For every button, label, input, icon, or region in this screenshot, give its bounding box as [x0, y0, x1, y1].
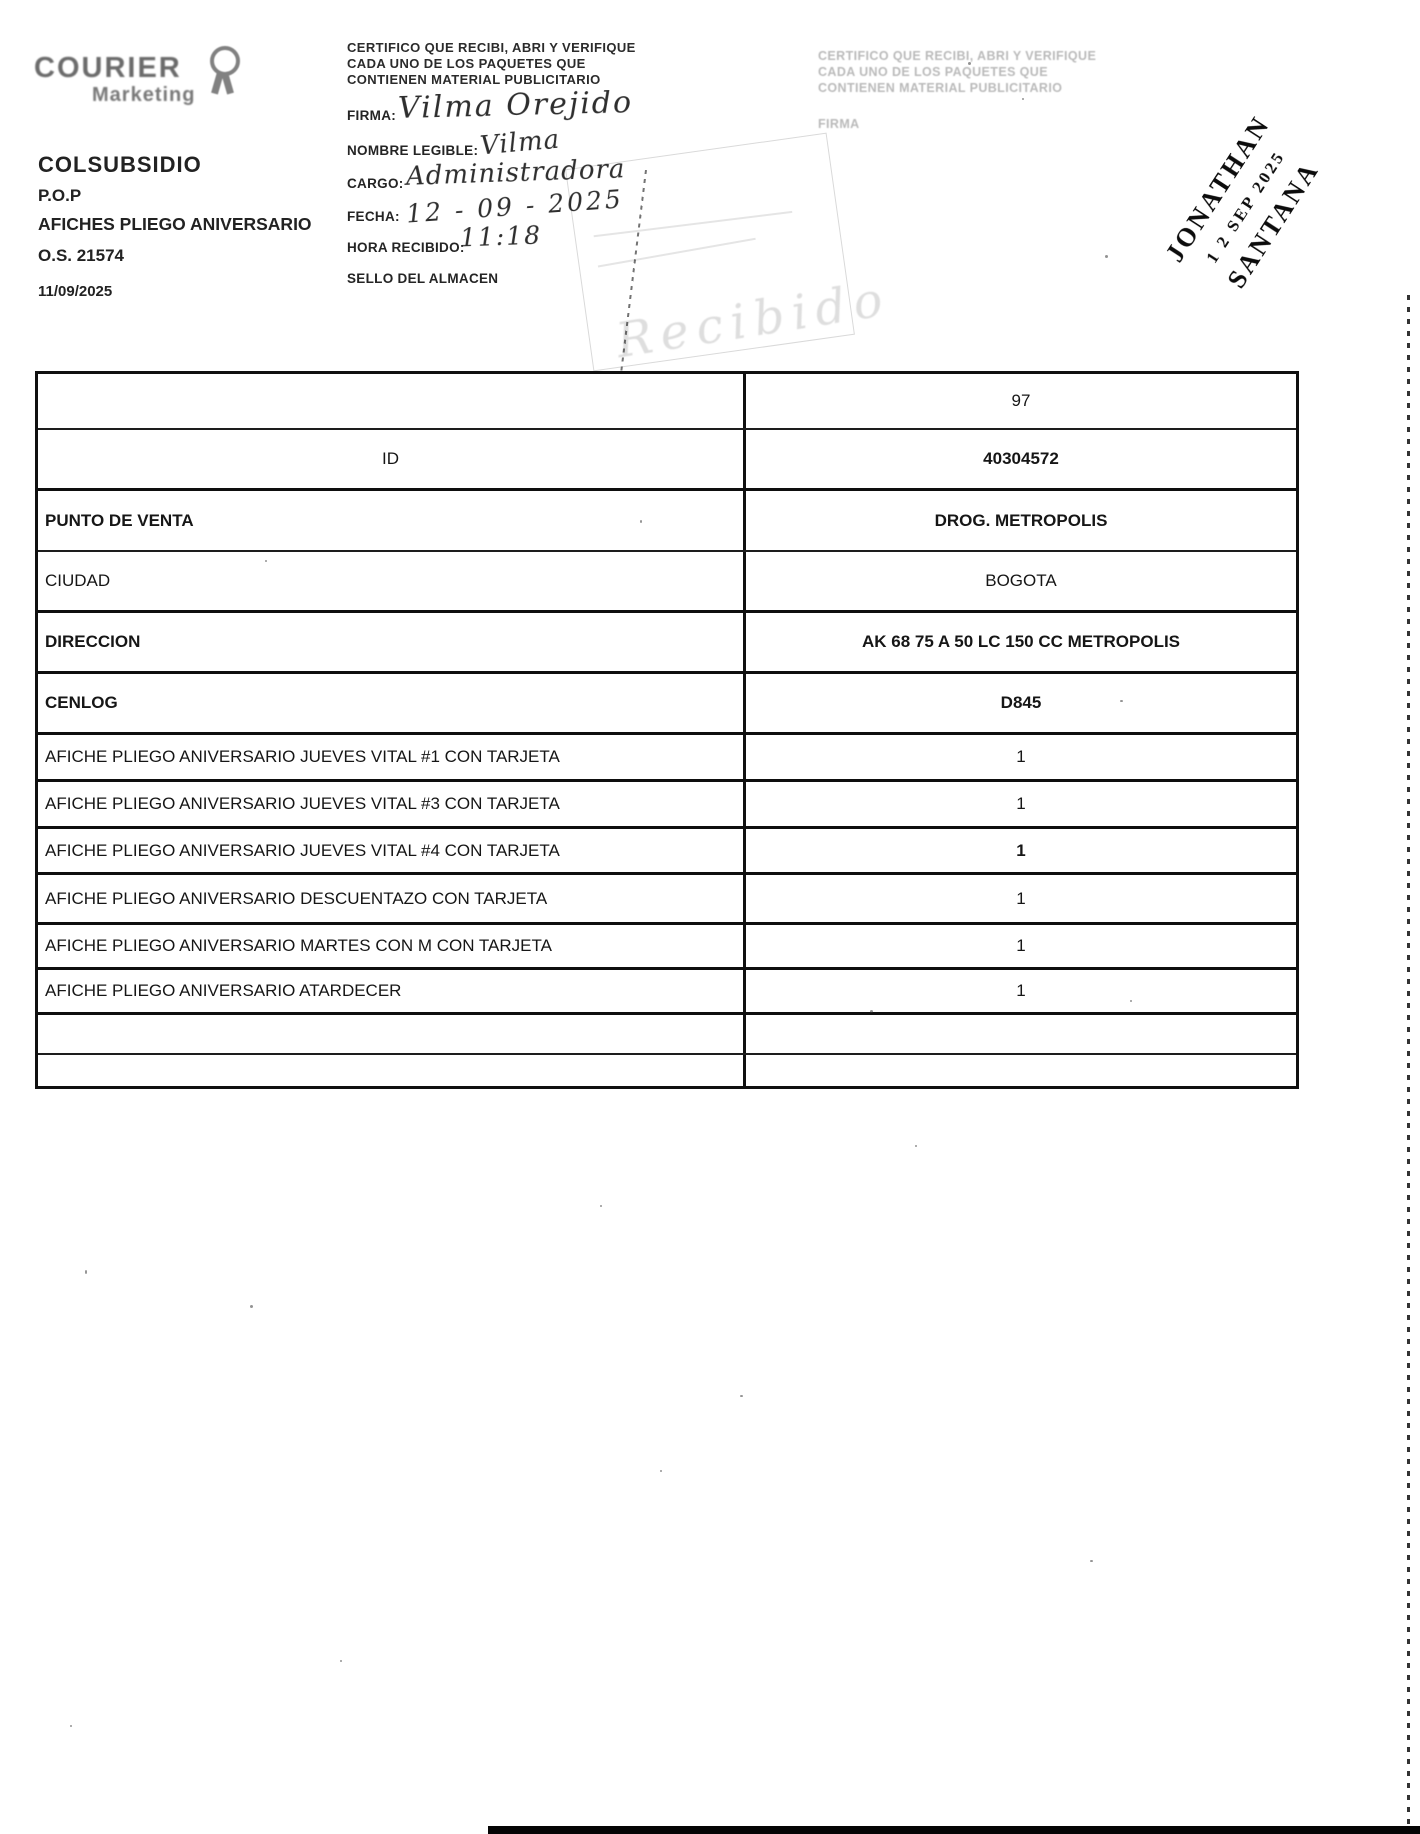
noise-speck	[600, 1205, 602, 1207]
noise-speck	[640, 520, 642, 523]
noise-speck	[265, 560, 267, 562]
table-row	[38, 1012, 1296, 1053]
row-label-cell	[38, 1055, 746, 1086]
fecha-label: FECHA:	[347, 209, 400, 224]
table-row: AFICHE PLIEGO ANIVERSARIO ATARDECER 1	[38, 967, 1296, 1012]
row-label-cell: AFICHE PLIEGO ANIVERSARIO MARTES CON M C…	[38, 925, 746, 967]
hora-recibido-label: HORA RECIBIDO:	[347, 240, 465, 255]
noise-speck	[968, 62, 971, 65]
row-label-cell: CIUDAD	[38, 552, 746, 610]
sello-almacen-label: SELLO DEL ALMACEN	[347, 271, 498, 286]
row-value-cell	[746, 1055, 1296, 1086]
row-value-cell: 40304572	[746, 430, 1296, 488]
cargo-label: CARGO:	[347, 176, 404, 191]
program-label: P.O.P	[38, 186, 81, 206]
order-number: O.S. 21574	[38, 246, 124, 266]
table-row: AFICHE PLIEGO ANIVERSARIO MARTES CON M C…	[38, 922, 1296, 967]
row-label-cell: ID	[38, 430, 746, 488]
faded-line-2: CADA UNO DE LOS PAQUETES QUE	[818, 64, 1096, 80]
row-value-cell: 1	[746, 735, 1296, 779]
noise-speck	[660, 1470, 662, 1472]
campaign-title: AFICHES PLIEGO ANIVERSARIO	[38, 214, 312, 235]
table-row: CENLOG D845	[38, 671, 1296, 732]
ribbon-award-icon	[208, 46, 238, 98]
table-row: ID 40304572	[38, 428, 1296, 488]
document-date: 11/09/2025	[38, 283, 112, 300]
row-label-cell: AFICHE PLIEGO ANIVERSARIO DESCUENTAZO CO…	[38, 875, 746, 922]
noise-speck	[740, 1395, 743, 1397]
row-label-cell: AFICHE PLIEGO ANIVERSARIO JUEVES VITAL #…	[38, 829, 746, 872]
row-label-cell: AFICHE PLIEGO ANIVERSARIO ATARDECER	[38, 970, 746, 1012]
row-label-cell	[38, 374, 746, 428]
row-label-cell: CENLOG	[38, 674, 746, 732]
table-row: AFICHE PLIEGO ANIVERSARIO JUEVES VITAL #…	[38, 826, 1296, 872]
hora-handwritten: 11:18	[460, 221, 543, 253]
firma-handwritten-signature: Vilma Orejido	[398, 85, 634, 126]
noise-speck	[85, 1270, 87, 1274]
firma-label: FIRMA:	[347, 108, 396, 123]
noise-speck	[1130, 1000, 1132, 1002]
noise-speck	[1090, 1560, 1093, 1562]
stamp-scribble-line	[598, 238, 756, 268]
row-value-cell: AK 68 75 A 50 LC 150 CC METROPOLIS	[746, 613, 1296, 671]
noise-speck	[1105, 255, 1108, 258]
noise-speck	[70, 1725, 72, 1727]
table-row: 97	[38, 374, 1296, 428]
certification-line-1: CERTIFICO QUE RECIBI, ABRI Y VERIFIQUE	[347, 40, 636, 56]
row-label-cell: AFICHE PLIEGO ANIVERSARIO JUEVES VITAL #…	[38, 735, 746, 779]
certification-statement: CERTIFICO QUE RECIBI, ABRI Y VERIFIQUE C…	[347, 40, 636, 88]
table-row: CIUDAD BOGOTA	[38, 550, 1296, 610]
certification-line-2: CADA UNO DE LOS PAQUETES QUE	[347, 56, 636, 72]
noise-speck	[1120, 700, 1123, 702]
row-label-cell: DIRECCION	[38, 613, 746, 671]
scanned-delivery-receipt: COURIER Marketing COLSUBSIDIO P.O.P AFIC…	[0, 0, 1420, 1834]
nombre-legible-label: NOMBRE LEGIBLE:	[347, 143, 478, 158]
row-label-cell: AFICHE PLIEGO ANIVERSARIO JUEVES VITAL #…	[38, 782, 746, 826]
table-row	[38, 1053, 1296, 1086]
row-value-cell: 1	[746, 782, 1296, 826]
faded-firma-label: FIRMA	[818, 116, 1096, 132]
table-row: AFICHE PLIEGO ANIVERSARIO DESCUENTAZO CO…	[38, 872, 1296, 922]
faded-line-3: CONTIENEN MATERIAL PUBLICITARIO	[818, 80, 1096, 96]
row-value-cell: 1	[746, 829, 1296, 872]
row-value-cell: 1	[746, 925, 1296, 967]
row-label-cell	[38, 1015, 746, 1053]
table-row: AFICHE PLIEGO ANIVERSARIO JUEVES VITAL #…	[38, 779, 1296, 826]
courier-logo-text: COURIER	[34, 52, 182, 85]
noise-speck	[915, 1145, 917, 1147]
scan-edge-dotted-line	[1407, 295, 1410, 1834]
noise-speck	[1022, 98, 1024, 100]
row-value-cell: DROG. METROPOLIS	[746, 491, 1296, 550]
company-name: COLSUBSIDIO	[38, 152, 202, 178]
noise-speck	[870, 1010, 873, 1013]
delivery-detail-table: 97 ID 40304572 PUNTO DE VENTA DROG. METR…	[35, 371, 1299, 1089]
row-value-cell	[746, 1015, 1296, 1053]
row-value-cell: 1	[746, 875, 1296, 922]
row-value-cell: 1	[746, 970, 1296, 1012]
table-row: DIRECCION AK 68 75 A 50 LC 150 CC METROP…	[38, 610, 1296, 671]
noise-speck	[250, 1305, 253, 1308]
noise-speck	[340, 1660, 342, 1662]
received-date-stamp: JONATHAN 1 2 SEP 2025 SANTANA	[1092, 50, 1400, 364]
scan-bottom-black-bar	[488, 1826, 1420, 1834]
row-value-cell: BOGOTA	[746, 552, 1296, 610]
table-row: PUNTO DE VENTA DROG. METROPOLIS	[38, 488, 1296, 550]
faded-line-1: CERTIFICO QUE RECIBI, ABRI Y VERIFIQUE	[818, 48, 1096, 64]
courier-logo-subtext: Marketing	[92, 84, 195, 107]
faded-certification-copy: CERTIFICO QUE RECIBI, ABRI Y VERIFIQUE C…	[818, 48, 1096, 132]
stamp-scribble-line	[594, 211, 793, 237]
row-value-cell: D845	[746, 674, 1296, 732]
row-value-cell: 97	[746, 374, 1296, 428]
table-row: AFICHE PLIEGO ANIVERSARIO JUEVES VITAL #…	[38, 732, 1296, 779]
ribbon-tail-right	[221, 71, 234, 94]
